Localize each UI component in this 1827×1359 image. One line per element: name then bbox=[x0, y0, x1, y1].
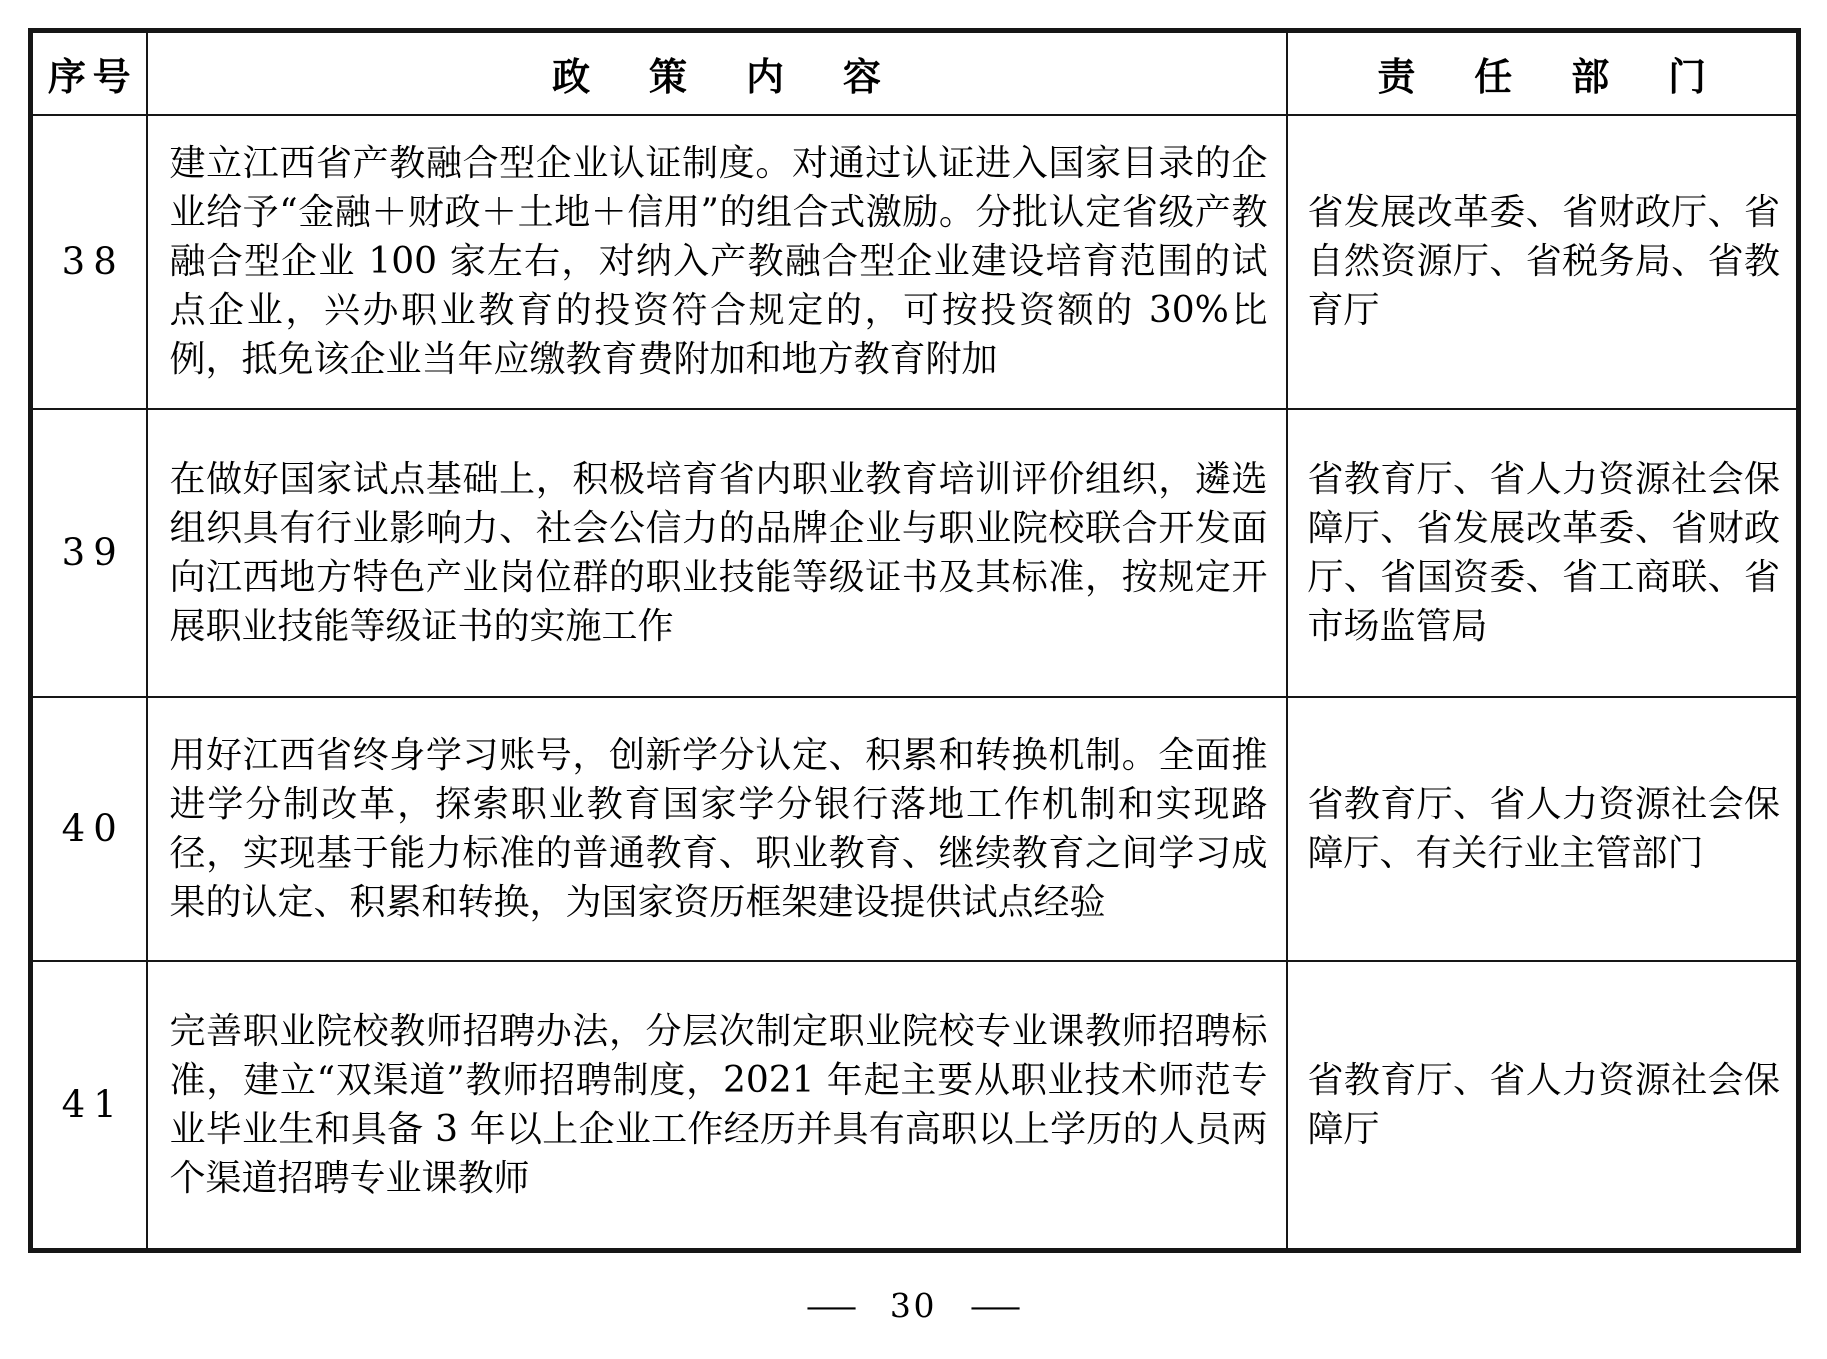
table-row: 41 完善职业院校教师招聘办法，分层次制定职业院校专业课教师招聘标准，建立“双渠… bbox=[31, 961, 1799, 1251]
page-footer: — 30 — bbox=[0, 1286, 1827, 1325]
responsible-department: 省教育厅、省人力资源社会保障厅、有关行业主管部门 bbox=[1287, 697, 1799, 961]
footer-left-dash: — bbox=[805, 1286, 858, 1325]
responsible-department: 省教育厅、省人力资源社会保障厅、省发展改革委、省财政厅、省国资委、省工商联、省市… bbox=[1287, 409, 1799, 697]
header-department: 责任部门 bbox=[1287, 31, 1799, 115]
header-department-label: 责任部门 bbox=[1377, 55, 1765, 99]
header-serial: 序号 bbox=[31, 31, 147, 115]
serial-number: 40 bbox=[31, 697, 147, 961]
policy-table: 序号 政策内容 责任部门 38 建立江西省产教融合型企业认证制度。对通过认证进入… bbox=[28, 28, 1801, 1253]
policy-content: 完善职业院校教师招聘办法，分层次制定职业院校专业课教师招聘标准，建立“双渠道”教… bbox=[147, 961, 1287, 1251]
footer-right-dash: — bbox=[969, 1286, 1022, 1325]
page-number: 30 bbox=[890, 1286, 937, 1325]
policy-content: 在做好国家试点基础上，积极培育省内职业教育培训评价组织，遴选组织具有行业影响力、… bbox=[147, 409, 1287, 697]
serial-number: 39 bbox=[31, 409, 147, 697]
table-header-row: 序号 政策内容 责任部门 bbox=[31, 31, 1799, 115]
responsible-department: 省发展改革委、省财政厅、省自然资源厅、省税务局、省教育厅 bbox=[1287, 115, 1799, 409]
table-row: 39 在做好国家试点基础上，积极培育省内职业教育培训评价组织，遴选组织具有行业影… bbox=[31, 409, 1799, 697]
serial-number: 41 bbox=[31, 961, 147, 1251]
responsible-department: 省教育厅、省人力资源社会保障厅 bbox=[1287, 961, 1799, 1251]
policy-content: 用好江西省终身学习账号，创新学分认定、积累和转换机制。全面推进学分制改革，探索职… bbox=[147, 697, 1287, 961]
header-serial-label: 序号 bbox=[48, 55, 138, 99]
header-policy: 政策内容 bbox=[147, 31, 1287, 115]
table-row: 38 建立江西省产教融合型企业认证制度。对通过认证进入国家目录的企业给予“金融＋… bbox=[31, 115, 1799, 409]
table-row: 40 用好江西省终身学习账号，创新学分认定、积累和转换机制。全面推进学分制改革，… bbox=[31, 697, 1799, 961]
serial-number: 38 bbox=[31, 115, 147, 409]
policy-content: 建立江西省产教融合型企业认证制度。对通过认证进入国家目录的企业给予“金融＋财政＋… bbox=[147, 115, 1287, 409]
document-page: 序号 政策内容 责任部门 38 建立江西省产教融合型企业认证制度。对通过认证进入… bbox=[0, 0, 1827, 1359]
header-policy-label: 政策内容 bbox=[552, 55, 940, 99]
